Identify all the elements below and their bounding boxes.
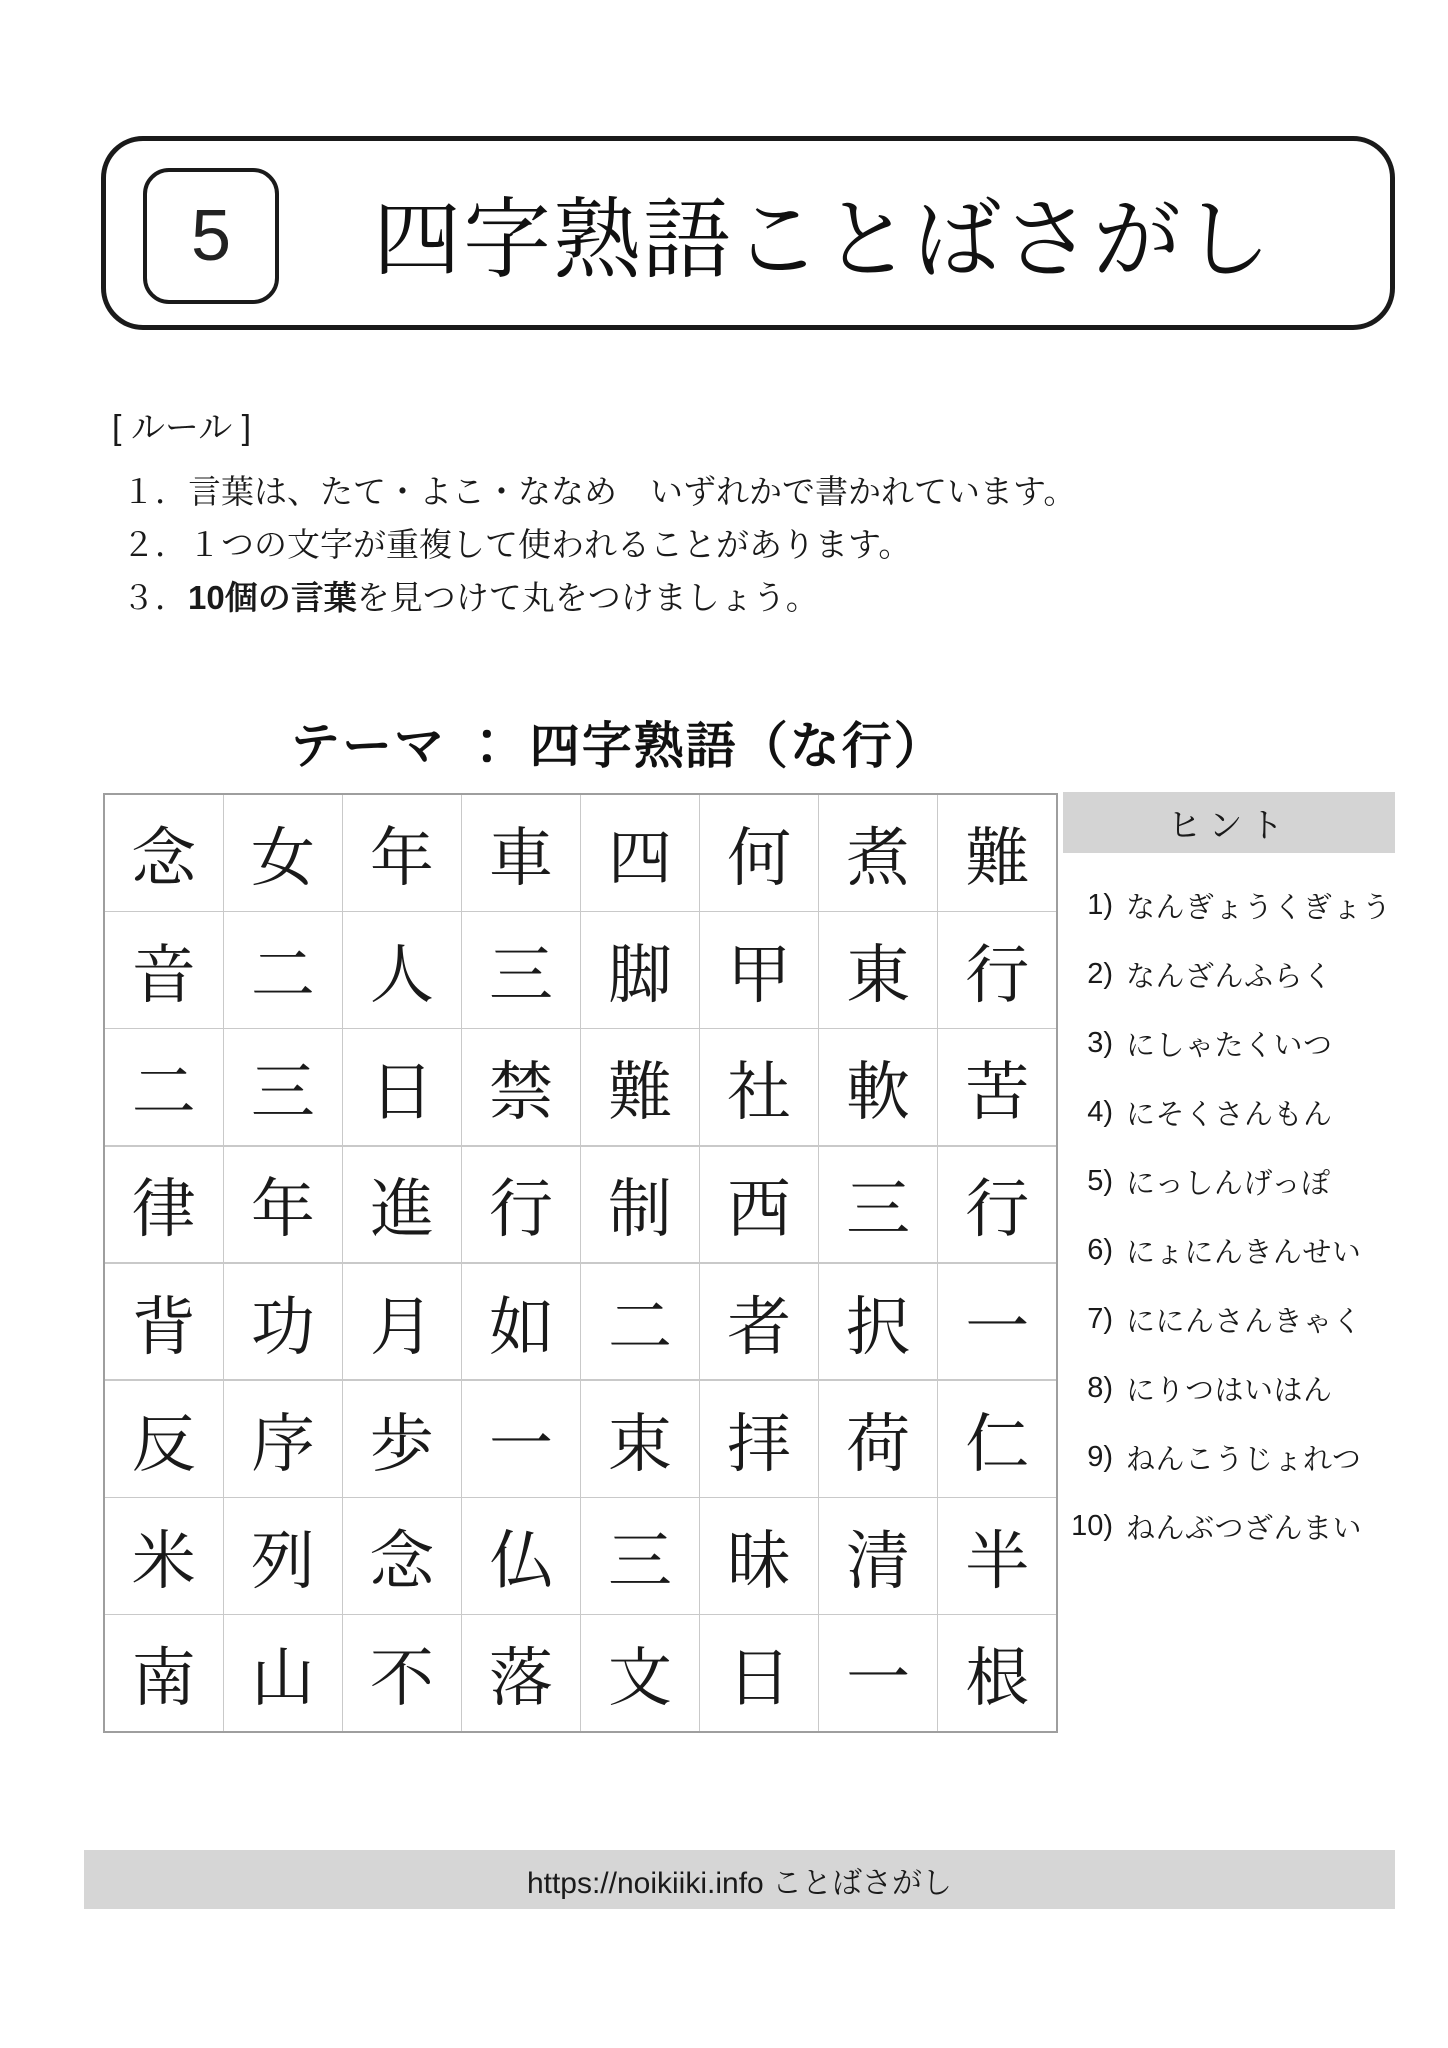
grid-cell-r4c4: 行 bbox=[462, 1147, 580, 1263]
hint-item-8: 8)にりつはいはん bbox=[1058, 1354, 1403, 1423]
grid-cell-r1c8: 難 bbox=[938, 795, 1056, 911]
theme-label: テーマ ： 四字熟語（な行） bbox=[290, 706, 946, 778]
hint-item-text: にっしんげっぽ bbox=[1126, 1161, 1330, 1202]
puzzle-grid: 念女年車四何煮難音二人三脚甲東行二三日禁難社軟苦律年進行制西三行背功月如二者択一… bbox=[103, 793, 1058, 1733]
grid-cell-r8c1: 南 bbox=[105, 1615, 223, 1731]
grid-cell-r2c1: 音 bbox=[105, 912, 223, 1028]
hint-item-text: ねんこうじょれつ bbox=[1126, 1437, 1361, 1478]
hint-item-number: 9) bbox=[1058, 1441, 1113, 1474]
hint-item-number: 1) bbox=[1058, 889, 1113, 922]
hint-item-text: なんぎょうくぎょう bbox=[1126, 885, 1392, 926]
worksheet-page: 5 四字熟語ことばさがし [ ルール ] １．言葉は、たて・よこ・ななめ いずれ… bbox=[0, 0, 1448, 2048]
grid-cell-r2c5: 脚 bbox=[581, 912, 699, 1028]
hint-item-number: 4) bbox=[1058, 1096, 1113, 1129]
grid-cell-r3c4: 禁 bbox=[462, 1029, 580, 1145]
grid-cell-r5c8: 一 bbox=[938, 1264, 1056, 1380]
hint-item-text: にょにんきんせい bbox=[1126, 1230, 1361, 1271]
hint-item-text: にそくさんもん bbox=[1126, 1092, 1333, 1133]
grid-cell-r3c3: 日 bbox=[343, 1029, 461, 1145]
hint-item-6: 6)にょにんきんせい bbox=[1058, 1216, 1403, 1285]
grid-cell-r7c6: 昧 bbox=[700, 1498, 818, 1614]
grid-cell-r3c7: 軟 bbox=[819, 1029, 937, 1145]
grid-cell-r7c4: 仏 bbox=[462, 1498, 580, 1614]
rule-number: ２． bbox=[122, 526, 188, 563]
grid-cell-r8c7: 一 bbox=[819, 1615, 937, 1731]
grid-cell-r6c4: 一 bbox=[462, 1381, 580, 1497]
grid-cell-r4c3: 進 bbox=[343, 1147, 461, 1263]
grid-cell-r4c6: 西 bbox=[700, 1147, 818, 1263]
rule-item-2: ２．１つの文字が重複して使われることがあります。 bbox=[112, 518, 1076, 571]
grid-cell-r6c3: 歩 bbox=[343, 1381, 461, 1497]
grid-cell-r5c3: 月 bbox=[343, 1264, 461, 1380]
grid-cell-r3c8: 苦 bbox=[938, 1029, 1056, 1145]
rule-number: ３． bbox=[122, 579, 188, 616]
grid-cell-r4c2: 年 bbox=[224, 1147, 342, 1263]
rule-text: を見つけて丸をつけましょう。 bbox=[357, 579, 819, 616]
grid-cell-r7c8: 半 bbox=[938, 1498, 1056, 1614]
hint-item-text: にしゃたくいつ bbox=[1126, 1023, 1333, 1064]
hint-item-3: 3)にしゃたくいつ bbox=[1058, 1009, 1403, 1078]
rule-number: １． bbox=[122, 473, 188, 510]
hint-list: 1)なんぎょうくぎょう2)なんざんふらく3)にしゃたくいつ4)にそくさんもん5)… bbox=[1058, 871, 1403, 1561]
grid-cell-r1c1: 念 bbox=[105, 795, 223, 911]
hint-item-text: ににんさんきゃく bbox=[1126, 1299, 1362, 1340]
grid-cell-r4c7: 三 bbox=[819, 1147, 937, 1263]
grid-cell-r3c2: 三 bbox=[224, 1029, 342, 1145]
grid-cell-r5c2: 功 bbox=[224, 1264, 342, 1380]
rule-text-bold: 10個の言葉 bbox=[188, 579, 357, 616]
grid-cell-r5c4: 如 bbox=[462, 1264, 580, 1380]
hint-item-text: ねんぶつざんまい bbox=[1126, 1506, 1362, 1547]
grid-cell-r1c5: 四 bbox=[581, 795, 699, 911]
grid-cell-r7c2: 列 bbox=[224, 1498, 342, 1614]
grid-cell-r8c4: 落 bbox=[462, 1615, 580, 1731]
rules-section: [ ルール ] １．言葉は、たて・よこ・ななめ いずれかで書かれています。 ２．… bbox=[112, 400, 1076, 624]
grid-cell-r1c2: 女 bbox=[224, 795, 342, 911]
grid-cell-r6c6: 拝 bbox=[700, 1381, 818, 1497]
grid-cell-r1c7: 煮 bbox=[819, 795, 937, 911]
grid-cell-r6c2: 序 bbox=[224, 1381, 342, 1497]
hint-item-7: 7)ににんさんきゃく bbox=[1058, 1285, 1403, 1354]
hint-item-10: 10)ねんぶつざんまい bbox=[1058, 1492, 1403, 1561]
grid-cell-r4c1: 律 bbox=[105, 1147, 223, 1263]
grid-cell-r5c7: 択 bbox=[819, 1264, 937, 1380]
grid-cell-r7c7: 清 bbox=[819, 1498, 937, 1614]
grid-cell-r8c6: 日 bbox=[700, 1615, 818, 1731]
hint-item-4: 4)にそくさんもん bbox=[1058, 1078, 1403, 1147]
hint-item-number: 2) bbox=[1058, 958, 1113, 991]
hint-item-number: 8) bbox=[1058, 1372, 1113, 1405]
hint-item-1: 1)なんぎょうくぎょう bbox=[1058, 871, 1403, 940]
rule-item-3: ３．10個の言葉を見つけて丸をつけましょう。 bbox=[112, 571, 1076, 624]
puzzle-number: 5 bbox=[191, 195, 231, 277]
hint-item-2: 2)なんざんふらく bbox=[1058, 940, 1403, 1009]
grid-cell-r1c4: 車 bbox=[462, 795, 580, 911]
hint-item-number: 10) bbox=[1058, 1510, 1113, 1543]
grid-cell-r6c1: 反 bbox=[105, 1381, 223, 1497]
grid-cell-r2c6: 甲 bbox=[700, 912, 818, 1028]
grid-cell-r5c5: 二 bbox=[581, 1264, 699, 1380]
grid-cell-r5c1: 背 bbox=[105, 1264, 223, 1380]
footer-bar: https://noikiiki.info ことばさがし bbox=[84, 1850, 1395, 1909]
grid-cell-r1c6: 何 bbox=[700, 795, 818, 911]
page-title: 四字熟語ことばさがし bbox=[296, 141, 1350, 325]
grid-cell-r7c1: 米 bbox=[105, 1498, 223, 1614]
hint-item-text: にりつはいはん bbox=[1126, 1368, 1333, 1409]
grid-cell-r5c6: 者 bbox=[700, 1264, 818, 1380]
grid-cell-r7c5: 三 bbox=[581, 1498, 699, 1614]
rules-header: [ ルール ] bbox=[112, 400, 1076, 449]
grid-cell-r1c3: 年 bbox=[343, 795, 461, 911]
grid-cell-r4c8: 行 bbox=[938, 1147, 1056, 1263]
grid-cell-r2c7: 東 bbox=[819, 912, 937, 1028]
grid-cell-r2c4: 三 bbox=[462, 912, 580, 1028]
hint-item-number: 5) bbox=[1058, 1165, 1113, 1198]
hint-item-5: 5)にっしんげっぽ bbox=[1058, 1147, 1403, 1216]
title-banner: 5 四字熟語ことばさがし bbox=[101, 136, 1395, 330]
hint-item-number: 3) bbox=[1058, 1027, 1113, 1060]
rule-item-1: １．言葉は、たて・よこ・ななめ いずれかで書かれています。 bbox=[112, 465, 1076, 518]
hint-item-number: 6) bbox=[1058, 1234, 1113, 1267]
grid-cell-r6c7: 荷 bbox=[819, 1381, 937, 1497]
rule-text: １つの文字が重複して使われることがあります。 bbox=[188, 526, 911, 563]
grid-cell-r8c5: 文 bbox=[581, 1615, 699, 1731]
grid-cell-r2c3: 人 bbox=[343, 912, 461, 1028]
hint-header-label: ヒント bbox=[1168, 798, 1291, 847]
grid-cell-r8c8: 根 bbox=[938, 1615, 1056, 1731]
puzzle-number-badge: 5 bbox=[143, 168, 279, 304]
grid-cell-r6c5: 束 bbox=[581, 1381, 699, 1497]
hint-item-9: 9)ねんこうじょれつ bbox=[1058, 1423, 1403, 1492]
grid-cell-r4c5: 制 bbox=[581, 1147, 699, 1263]
grid-cell-r3c1: 二 bbox=[105, 1029, 223, 1145]
hint-item-number: 7) bbox=[1058, 1303, 1113, 1336]
grid-cell-r2c8: 行 bbox=[938, 912, 1056, 1028]
footer-url-text: https://noikiiki.info ことばさがし bbox=[527, 1858, 952, 1902]
grid-cell-r6c8: 仁 bbox=[938, 1381, 1056, 1497]
grid-cell-r8c2: 山 bbox=[224, 1615, 342, 1731]
grid-cell-r3c6: 社 bbox=[700, 1029, 818, 1145]
hint-item-text: なんざんふらく bbox=[1126, 954, 1333, 995]
grid-cell-r3c5: 難 bbox=[581, 1029, 699, 1145]
rule-text: 言葉は、たて・よこ・ななめ いずれかで書かれています。 bbox=[188, 473, 1076, 510]
hint-panel-header: ヒント bbox=[1063, 792, 1395, 853]
grid-cell-r2c2: 二 bbox=[224, 912, 342, 1028]
grid-cell-r8c3: 不 bbox=[343, 1615, 461, 1731]
grid-cell-r7c3: 念 bbox=[343, 1498, 461, 1614]
